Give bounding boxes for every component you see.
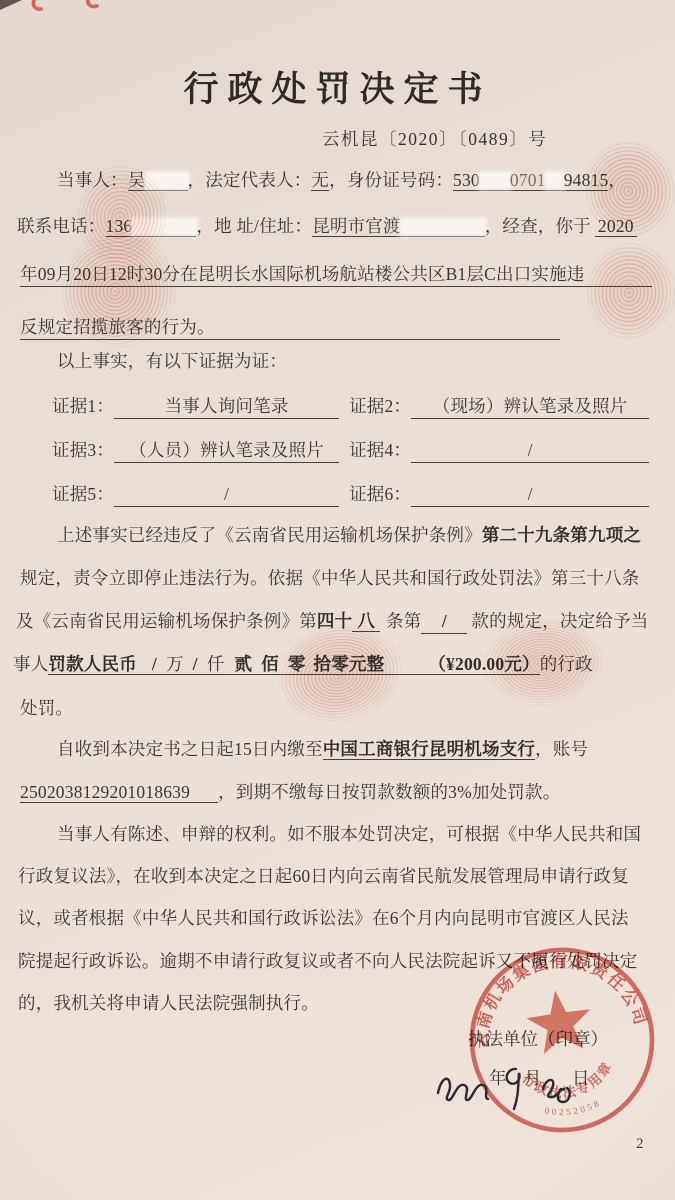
evidence-row-3: 证据5：/证据6：/	[52, 482, 649, 507]
decision-line-5: 处罚。	[20, 696, 73, 720]
decision-text: 的行政	[540, 654, 593, 674]
payment-text: ，到期不缴每日按罚款数额的3%加处罚款。	[218, 782, 560, 802]
seal-serial-number: 00252058	[542, 1097, 604, 1121]
decision-text: 事人	[13, 654, 48, 674]
evidence6-value: /	[411, 482, 649, 507]
redaction-box	[146, 173, 188, 188]
phone-text: 136	[106, 216, 133, 236]
evidence1-label: 证据1：	[52, 396, 114, 416]
rights-text: 当事人有陈述、申辩的权利。如不服本处罚决定，可根据《中华人民共和国	[57, 824, 641, 844]
rights-line-2: 行政复议法》，在收到本决定之日起60日内向云南省民航发展管理局申请行政复	[18, 864, 629, 888]
wan-slot: /	[152, 654, 157, 674]
page-number: 2	[636, 1136, 644, 1153]
evidence3-label: 证据3：	[52, 440, 114, 460]
comma: ，	[196, 216, 214, 236]
decision-text: 上述事实已经违反了《云南省民用运输机场保护条例》	[57, 525, 482, 545]
rights-line-3: 议，或者根据《中华人民共和国行政诉讼法》在6个月内向昆明市官渡区人民法	[18, 906, 629, 930]
evidence1-value: 当事人询问笔录	[114, 394, 339, 419]
legal-rep-label: ，法定代表人：	[188, 170, 312, 190]
clause-label: 条第	[386, 611, 421, 631]
fine-amount-numeric: （¥200.00元）	[428, 654, 539, 674]
rights-text: 议，或者根据《中华人民共和国行政诉讼法》在6个月内向昆明市官渡区人民法	[18, 908, 629, 928]
party-name-text: 吴	[128, 170, 146, 190]
payment-line-2: 2502038129201018639，到期不缴每日按罚款数额的3%加处罚款。	[20, 780, 560, 804]
phone-value: 136	[106, 216, 197, 237]
article-number-printed: 四十	[317, 611, 352, 631]
evidence6-label: 证据6：	[349, 484, 411, 504]
clause-slash: /	[421, 609, 467, 634]
address-value: 昆明市官渡	[312, 216, 485, 237]
facts-line-1: 年09月20日12时30分在昆明长水国际机场航站楼公共区B1层C出口实施违	[20, 262, 652, 287]
evidence2-value: （现场）辨认笔录及照片	[411, 394, 649, 419]
bai-slot: 贰	[234, 654, 252, 674]
payment-line-1: 自收到本决定书之日起15日内缴至中国工商银行昆明机场支行，账号	[57, 737, 588, 761]
rights-line-4: 院提起行政诉讼。逾期不申请行政复议或者不向人民法院起诉又不履行处罚决定	[18, 949, 638, 973]
evidence-intro: 以上事实，有以下证据为证：	[57, 349, 287, 373]
decision-line-2: 规定，责令立即停止违法行为。依据《中华人民共和国行政处罚法》第三十八条	[20, 566, 640, 590]
date-line: 年 月 日	[0, 1066, 675, 1096]
yuan-slot: 零	[331, 654, 349, 674]
enforcement-unit-label: 执法单位（印章）	[468, 1026, 608, 1051]
article-number-handwritten: 八	[352, 611, 380, 632]
decision-text: 及《云南省民用运输机场保护条例》第	[16, 611, 317, 631]
redaction-box	[401, 219, 485, 234]
fine-label: 罚款人民币	[48, 654, 137, 674]
id-part1: 530	[453, 170, 480, 190]
decision-text: 款的规定，决定给予当	[471, 611, 648, 631]
decision-line-1: 上述事实已经违反了《云南省民用运输机场保护条例》第二十九条第九项之	[57, 523, 641, 547]
facts-line-2: 反规定招揽旅客的行为。	[20, 315, 560, 340]
fingerprint-mark	[582, 238, 675, 343]
address-text: 昆明市官渡	[312, 216, 401, 236]
party-label: 当事人：	[57, 170, 128, 190]
bank-name: 中国工商银行昆明机场支行	[323, 739, 535, 760]
rights-text: 院提起行政诉讼。逾期不申请行政复议或者不向人民法院起诉又不履行处罚决定	[18, 951, 638, 971]
evidence2-label: 证据2：	[349, 396, 411, 416]
id-part3: 94815	[564, 170, 609, 190]
facts-text-2: 反规定招揽旅客的行为。	[20, 317, 215, 337]
year-value: 2020	[595, 216, 637, 237]
rights-text: 的，我机关将申请人民法院强制执行。	[18, 993, 319, 1013]
evidence4-value: /	[411, 438, 649, 463]
evidence5-label: 证据5：	[52, 484, 114, 504]
redaction-box	[132, 219, 196, 234]
evidence-row-2: 证据3：（人员）辨认笔录及照片证据4：/	[52, 438, 649, 463]
wan-unit: 万	[166, 654, 184, 674]
fine-amount-blank: 罚款人民币/万/仟贰佰零拾零元整（¥200.00元）	[48, 654, 539, 675]
comma: ，	[485, 216, 503, 236]
penalty-decision-document: 行政处罚决定书 云机昆〔2020〕〔0489〕号 当事人：吴，法定代表人：无，身…	[0, 0, 675, 1200]
decision-text: 规定，责令立即停止违法行为。依据《中华人民共和国行政处罚法》第三十八条	[20, 568, 640, 588]
violated-article: 第二十九条第九项之	[482, 525, 641, 545]
redaction-box	[546, 173, 564, 188]
red-pen-mark	[88, 0, 97, 7]
id-part2: 0701	[510, 170, 546, 190]
month-label: 月	[524, 1066, 542, 1090]
day-label: 日	[572, 1066, 590, 1090]
evidence5-value: /	[114, 482, 339, 507]
account-label: ，账号	[535, 739, 588, 759]
party-name-value: 吴	[128, 170, 188, 191]
qian-slot: /	[193, 654, 198, 674]
redaction-box	[480, 173, 510, 188]
evidence4-label: 证据4：	[349, 440, 411, 460]
evidence-row-1: 证据1：当事人询问笔录证据2：（现场）辨认笔录及照片	[52, 394, 649, 419]
account-value: 2502038129201018639	[20, 782, 218, 803]
qian-unit: 仟	[207, 654, 225, 674]
evidence-intro-text: 以上事实，有以下证据为证：	[57, 351, 287, 371]
id-label: ，身份证号码：	[329, 170, 453, 190]
document-title: 行政处罚决定书	[0, 62, 675, 112]
payment-text: 自收到本决定书之日起15日内缴至	[57, 739, 323, 759]
id-value: 530070194815	[453, 170, 608, 191]
account-number: 2502038129201018639	[20, 782, 190, 802]
shi-slot: 零	[288, 654, 306, 674]
rights-line-5: 的，我机关将申请人民法院强制执行。	[18, 991, 319, 1015]
yuan-unit: 元整	[349, 654, 384, 674]
photo-corner-shadow	[0, 0, 22, 10]
red-pen-mark	[33, 0, 41, 9]
decision-text: 处罚。	[20, 698, 73, 718]
fine-amount-line: 事人罚款人民币/万/仟贰佰零拾零元整（¥200.00元）的行政	[13, 652, 593, 676]
rights-text: 行政复议法》，在收到本决定之日起60日内向云南省民航发展管理局申请行政复	[18, 866, 629, 886]
party-line: 当事人：吴，法定代表人：无，身份证号码：530070194815，	[57, 168, 626, 192]
rights-line-1: 当事人有陈述、申辩的权利。如不服本处罚决定，可根据《中华人民共和国	[57, 822, 641, 846]
address-label: 地 址/住址：	[214, 216, 312, 236]
investigation-lead: 经查，你于	[502, 216, 591, 236]
legal-rep-value: 无	[311, 170, 329, 191]
shi-unit: 拾	[314, 654, 332, 674]
facts-text-1: 年09月20日12时30分在昆明长水国际机场航站楼公共区B1层C出口实施违	[20, 264, 585, 284]
decision-line-3: 及《云南省民用运输机场保护条例》第四十八条第/款的规定，决定给予当	[16, 609, 648, 634]
evidence3-value: （人员）辨认笔录及照片	[114, 438, 339, 463]
phone-label: 联系电话：	[17, 216, 106, 236]
bai-unit: 佰	[261, 654, 279, 674]
comma: ，	[608, 170, 626, 190]
contact-line: 联系电话：136，地 址/住址：昆明市官渡，经查，你于2020	[17, 214, 637, 238]
document-number: 云机昆〔2020〕〔0489〕号	[322, 126, 547, 151]
year-label: 年	[489, 1066, 507, 1090]
